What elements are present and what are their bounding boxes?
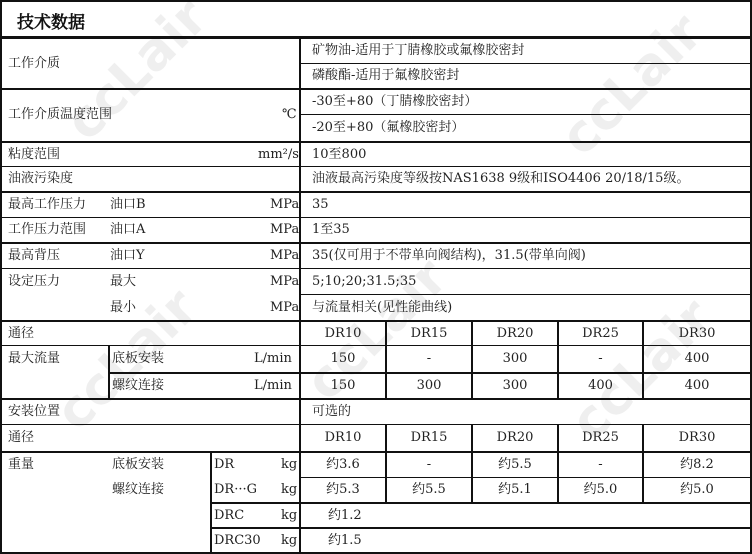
value-viscosity: 10至800 — [312, 143, 366, 167]
weight-plate-value: 约3.6 — [301, 453, 385, 477]
value-set-pressure-max: 5;10;20;31.5;35 — [312, 270, 416, 294]
unit-back-pressure: MPa — [270, 244, 299, 268]
model-weight-thread: DR···G — [214, 478, 257, 502]
unit-weight-drc30: kg — [281, 529, 297, 553]
label-medium: 工作介质 — [8, 52, 60, 76]
size-header: DR30 — [644, 322, 750, 346]
flow-plate-value: 150 — [301, 347, 385, 371]
label-set-pressure: 设定压力 — [8, 270, 60, 294]
label-weight: 重量 — [8, 453, 34, 477]
sub-pressure-range: 油口A — [110, 218, 145, 242]
weight-plate-value: - — [387, 453, 471, 477]
weight-thread-value: 约5.5 — [387, 478, 471, 502]
label-install-position: 安装位置 — [8, 400, 60, 424]
label-max-flow: 最大流量 — [8, 347, 60, 371]
divider — [300, 114, 750, 115]
value-pressure-range: 1至35 — [312, 218, 350, 242]
size-header: DR25 — [559, 322, 642, 346]
label-temperature: 工作介质温度范围 — [8, 103, 112, 127]
flow-thread-value: 400 — [644, 374, 750, 398]
unit-weight-drc: kg — [281, 504, 297, 528]
unit-flow-thread: L/min — [254, 374, 292, 398]
sub-set-pressure-max: 最大 — [110, 270, 136, 294]
unit-max-pressure: MPa — [270, 193, 299, 217]
label-max-pressure: 最高工作压力 — [8, 193, 86, 217]
unit-temperature: ℃ — [282, 103, 297, 127]
weight-thread-value: 约5.0 — [559, 478, 642, 502]
size-header: DR20 — [473, 426, 557, 450]
size-header: DR15 — [387, 426, 471, 450]
table-title-bar: 技术数据 — [2, 2, 750, 39]
divider — [2, 398, 750, 400]
weight-thread-value: 约5.1 — [473, 478, 557, 502]
weight-plate-value: - — [559, 453, 642, 477]
divider — [2, 424, 750, 425]
value-temp-1: -30至+80（丁腈橡胶密封） — [312, 90, 477, 114]
value-temp-2: -20至+80（氟橡胶密封） — [312, 116, 464, 140]
model-weight-drc30: DRC30 — [214, 529, 261, 553]
value-weight-drc30: 约1.5 — [328, 529, 362, 553]
flow-plate-value: - — [559, 347, 642, 371]
value-contamination: 油液最高污染度等级按NAS1638 9级和ISO4406 20/18/15级。 — [312, 167, 689, 191]
label-back-pressure: 最高背压 — [8, 244, 60, 268]
value-back-pressure: 35(仅可用于不带单向阀结构)，31.5(带单向阀) — [312, 244, 586, 268]
flow-thread-value: 300 — [387, 374, 471, 398]
flow-thread-value: 300 — [473, 374, 557, 398]
sub-back-pressure: 油口Y — [110, 244, 145, 268]
value-install-position: 可选的 — [312, 400, 351, 424]
size-header: DR30 — [644, 426, 750, 450]
unit-set-pressure-max: MPa — [270, 270, 299, 294]
weight-thread-value: 约5.3 — [301, 478, 385, 502]
size-header: DR10 — [301, 322, 385, 346]
unit-flow-plate: L/min — [254, 347, 292, 371]
model-weight-plate: DR — [214, 453, 234, 477]
weight-plate-value: 约8.2 — [644, 453, 750, 477]
weight-thread-value: 约5.0 — [644, 478, 750, 502]
sub-weight-thread: 螺纹连接 — [112, 478, 164, 502]
label-contamination: 油液污染度 — [8, 167, 73, 191]
model-weight-drc: DRC — [214, 504, 244, 528]
value-max-pressure: 35 — [312, 193, 329, 217]
sub-max-pressure: 油口B — [110, 193, 146, 217]
flow-thread-value: 150 — [301, 374, 385, 398]
sub-flow-plate: 底板安装 — [112, 347, 164, 371]
unit-weight-thread: kg — [281, 478, 297, 502]
sub-weight-plate: 底板安装 — [112, 453, 164, 477]
divider — [2, 268, 750, 269]
unit-weight-plate: kg — [281, 453, 297, 477]
unit-viscosity: mm²/s — [258, 143, 299, 167]
sub-flow-thread: 螺纹连接 — [112, 374, 164, 398]
divider — [300, 294, 750, 295]
unit-set-pressure-min: MPa — [270, 296, 299, 320]
value-set-pressure-min: 与流量相关(见性能曲线) — [312, 296, 452, 320]
size-header: DR20 — [473, 322, 557, 346]
divider — [108, 346, 110, 398]
label-viscosity: 粘度范围 — [8, 143, 60, 167]
label-pressure-range: 工作压力范围 — [8, 218, 86, 242]
unit-pressure-range: MPa — [270, 218, 299, 242]
divider — [2, 141, 750, 143]
label-nominal-size: 通径 — [8, 322, 34, 346]
size-header: DR15 — [387, 322, 471, 346]
value-medium-1: 矿物油-适用于丁腈橡胶或氟橡胶密封 — [312, 39, 524, 63]
size-header: DR10 — [301, 426, 385, 450]
value-weight-drc: 约1.2 — [328, 504, 362, 528]
divider — [210, 451, 212, 552]
value-medium-2: 磷酸酯-适用于氟橡胶密封 — [312, 64, 459, 88]
flow-plate-value: - — [387, 347, 471, 371]
table-title: 技术数据 — [17, 8, 85, 33]
flow-plate-value: 300 — [473, 347, 557, 371]
weight-plate-value: 约5.5 — [473, 453, 557, 477]
label-nominal-size-2: 通径 — [8, 426, 34, 450]
flow-plate-value: 400 — [644, 347, 750, 371]
sub-set-pressure-min: 最小 — [110, 296, 136, 320]
size-header: DR25 — [559, 426, 642, 450]
flow-thread-value: 400 — [559, 374, 642, 398]
